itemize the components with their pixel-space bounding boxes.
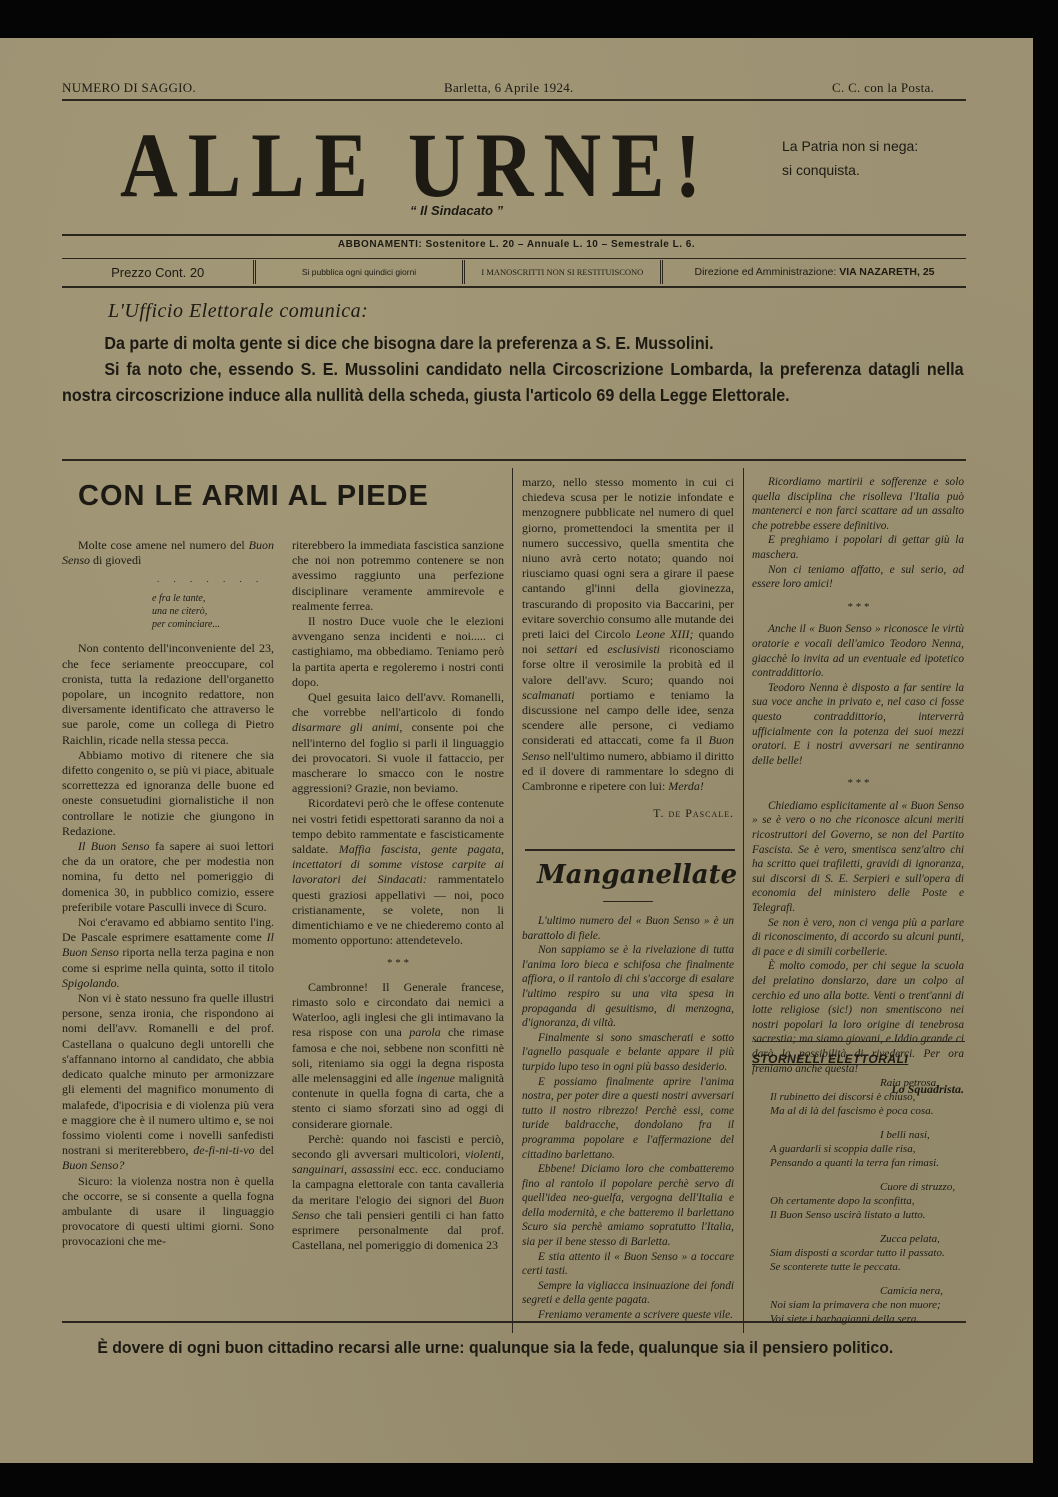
- paragraph: Cambronne! Il Generale francese, rimasto…: [292, 980, 504, 1132]
- verse-line: Zucca pelata,: [770, 1232, 945, 1246]
- column-divider: [743, 468, 744, 1333]
- ellipsis-dots: . . . . . . .: [157, 576, 274, 582]
- address-block: Direzione ed Amministrazione: VIA NAZARE…: [663, 260, 966, 284]
- text-italic: scalmanati: [522, 688, 575, 702]
- paragraph: Sempre la vigliacca insinuazione dei fon…: [522, 1279, 734, 1308]
- paragraph: Abbiamo motivo di ritenere che sia difet…: [62, 748, 274, 839]
- verse-line: Noi siam la primavera che non muore;: [770, 1298, 943, 1312]
- info-bar: Prezzo Cont. 20 Si pubblica ogni quindic…: [62, 260, 966, 284]
- manuscripts-label: I MANOSCRITTI NON SI RESTITUISCONO: [465, 260, 663, 284]
- text: ed: [577, 642, 607, 656]
- paragraph: Ricordatevi però che le offese contenute…: [292, 796, 504, 948]
- text: di giovedì: [90, 553, 141, 567]
- text-italic: Spigolando.: [62, 976, 120, 990]
- paragraph: Non contento dell'inconveniente del 23, …: [62, 641, 274, 747]
- edition-label: NUMERO DI SAGGIO.: [62, 80, 196, 96]
- text-italic: Buon Senso?: [62, 1158, 124, 1172]
- paragraph: Non sappiamo se è la rivelazione di tutt…: [522, 943, 734, 1031]
- text: marzo, nello stesso momento in cui ci ch…: [522, 475, 734, 641]
- text-italic: Leone XIII;: [636, 627, 694, 641]
- text: che tali pensieri gentili ci han fatto e…: [292, 1208, 504, 1252]
- text: Quel gesuita laico dell'avv. Romanelli, …: [292, 690, 504, 719]
- text-italic: settari: [547, 642, 578, 656]
- paragraph: Non vi è stato nessuno fra quelle illust…: [62, 991, 274, 1173]
- motto-line-2: si conquista.: [782, 158, 918, 182]
- text: vile.: [714, 1309, 733, 1321]
- column-divider: [512, 468, 513, 1333]
- author-signature: T. de Pascale.: [522, 806, 734, 821]
- section-break-asterisks: * * *: [752, 600, 964, 615]
- text-italic: disarmare gli animi,: [292, 720, 402, 734]
- paragraph: Quel gesuita laico dell'avv. Romanelli, …: [292, 690, 504, 796]
- stornello-stanza: Zucca pelata, Siam disposti a scordar tu…: [770, 1232, 945, 1274]
- text: del: [255, 1143, 274, 1157]
- text: Non vi è stato nessuno fra quelle illust…: [62, 991, 274, 1157]
- stornello-stanza: Cuore di struzzo, Oh certamente dopo la …: [770, 1180, 955, 1222]
- text-italic: esclusivisti: [607, 642, 660, 656]
- paragraph: riterebbero la immediata fascistica sanz…: [292, 538, 504, 614]
- paragraph: Finalmente si sono smascherati e sotto l…: [522, 1031, 734, 1075]
- notice-paragraph: Si fa noto che, essendo S. E. Mussolini …: [62, 356, 964, 408]
- paragraph: Chiediamo esplicitamente al « Buon Senso…: [752, 799, 964, 916]
- divider: [62, 1321, 966, 1323]
- text-italic: Il Buon Senso: [78, 839, 150, 853]
- verse-line: Siam disposti a scordar tutto il passato…: [770, 1246, 945, 1260]
- divider: [62, 258, 966, 259]
- manganellate-column-2: Ricordiamo martirii e sofferenze e solo …: [752, 475, 964, 1097]
- section-break-asterisks: * * *: [292, 956, 504, 971]
- text: Freniamo veramente a scrivere queste: [538, 1309, 714, 1321]
- verse-line: Se sconterete tutte le peccata.: [770, 1260, 945, 1274]
- article-column-3: marzo, nello stesso momento in cui ci ch…: [522, 475, 734, 821]
- divider: [62, 459, 966, 461]
- masthead-subtitle: “ Il Sindacato ”: [410, 203, 503, 218]
- dateline: Barletta, 6 Aprile 1924.: [444, 80, 574, 96]
- divider: [62, 286, 966, 288]
- manganellate-column-1: L'ultimo numero del « Buon Senso » è un …: [522, 914, 734, 1323]
- address-value: VIA NAZARETH, 25: [839, 266, 934, 278]
- paragraph: E possiamo finalmente aprire l'anima nos…: [522, 1075, 734, 1163]
- notice-heading: L'Ufficio Elettorale comunica:: [108, 300, 368, 323]
- stornelli-title: STORNELLI ELETTORALI: [752, 1052, 908, 1066]
- stornello-stanza: Raia petrosa, Il rubinetto dei discorsi …: [770, 1076, 939, 1118]
- newspaper-page: NUMERO DI SAGGIO. Barletta, 6 Aprile 192…: [0, 38, 1033, 1463]
- verse-line: per cominciare...: [152, 618, 274, 631]
- verse-line: e fra le tante,: [152, 592, 274, 605]
- text-italic: de-fi-ni-ti-vo: [193, 1143, 254, 1157]
- paragraph: Perchè: quando noi fascisti e perciò, se…: [292, 1132, 504, 1254]
- text-italic: parola: [409, 1025, 441, 1039]
- verse-line: Cuore di struzzo,: [770, 1180, 955, 1194]
- verse-line: Ma al di là del fascismo è poca cosa.: [770, 1104, 939, 1118]
- subscriptions-line: ABBONAMENTI: Sostenitore L. 20 – Annuale…: [0, 239, 1033, 250]
- verse-line: Pensando a quanti la terra fan rimasi.: [770, 1156, 939, 1170]
- verse-line: Voi siete i barbagianni della sera.: [770, 1312, 943, 1326]
- paragraph: Se non è vero, non ci venga più a parlar…: [752, 916, 964, 960]
- paragraph: E stia attento il « Buon Senso » a tocca…: [522, 1250, 734, 1279]
- verse-line: Il rubinetto dei discorsi è chiuso,: [770, 1090, 939, 1104]
- divider: [62, 99, 966, 101]
- verse-line: Il Buon Senso uscirà listato a lutto.: [770, 1208, 955, 1222]
- verse-line: I belli nasi,: [770, 1128, 939, 1142]
- paragraph: Il Buon Senso fa sapere ai suoi lettori …: [62, 839, 274, 915]
- paragraph: Il nostro Duce vuole che le elezioni avv…: [292, 614, 504, 690]
- paragraph: E preghiamo i popolari di gettar giù la …: [752, 533, 964, 562]
- paragraph: Sicuro: la violenza nostra non è quella …: [62, 1174, 274, 1250]
- text: Noi c'eravamo ed abbiamo sentito l'ing. …: [62, 915, 274, 944]
- verse-line: A guardarli si scoppia dalle risa,: [770, 1142, 939, 1156]
- verse-line: Raia petrosa,: [770, 1076, 939, 1090]
- notice-body: Da parte di molta gente si dice che biso…: [62, 330, 964, 408]
- article-column-1: Molte cose amene nel numero del Buon Sen…: [62, 538, 274, 1250]
- footer-appeal: È dovere di ogni buon cittadino recarsi …: [62, 1335, 964, 1361]
- address-label: Direzione ed Amministrazione:: [694, 266, 836, 278]
- motto: La Patria non si nega: si conquista.: [782, 134, 918, 182]
- frequency-label: Si pubblica ogni quindici giorni: [256, 260, 464, 284]
- section-break-asterisks: * * *: [752, 776, 964, 791]
- postal-label: C. C. con la Posta.: [832, 80, 934, 96]
- article-title: CON LE ARMI AL PIEDE: [78, 480, 429, 513]
- divider: [603, 901, 653, 902]
- text-italic: ingenue: [417, 1071, 455, 1085]
- footer-text: È dovere di ogni buon cittadino recarsi …: [62, 1335, 964, 1361]
- verse-line: Oh certamente dopo la sconfitta,: [770, 1194, 955, 1208]
- paragraph: Ebbene! Diciamo loro che combatteremo fi…: [522, 1162, 734, 1250]
- divider: [62, 234, 966, 236]
- paragraph: Non ci teniamo affatto, e sul serio, ad …: [752, 563, 964, 592]
- stornello-stanza: I belli nasi, A guardarli si scoppia dal…: [770, 1128, 939, 1170]
- notice-paragraph: Da parte di molta gente si dice che biso…: [62, 330, 964, 356]
- paragraph: Anche il « Buon Senso » riconosce le vir…: [752, 622, 964, 680]
- masthead-title: ALLE URNE!: [120, 120, 711, 212]
- price-label: Prezzo Cont. 20: [62, 260, 256, 284]
- divider: [525, 849, 735, 851]
- paragraph: L'ultimo numero del « Buon Senso » è un …: [522, 914, 734, 943]
- verse-line: Camicia nera,: [770, 1284, 943, 1298]
- paragraph: Ricordiamo martirii e sofferenze e solo …: [752, 475, 964, 533]
- article-title: Manganellate: [537, 860, 737, 890]
- paragraph: Noi c'eravamo ed abbiamo sentito l'ing. …: [62, 915, 274, 991]
- stornello-stanza: Camicia nera, Noi siam la primavera che …: [770, 1284, 943, 1326]
- article-column-2: riterebbero la immediata fascistica sanz…: [292, 538, 504, 1253]
- paragraph: Teodoro Nenna è disposto a far sentire l…: [752, 681, 964, 769]
- divider: [755, 1041, 965, 1042]
- text: Molte cose amene nel numero del: [78, 538, 245, 552]
- verse-line: una ne citerò,: [152, 605, 274, 618]
- motto-line-1: La Patria non si nega:: [782, 134, 918, 158]
- verse: e fra le tante, una ne citerò, per comin…: [152, 592, 274, 631]
- paragraph: marzo, nello stesso momento in cui ci ch…: [522, 475, 734, 794]
- text-italic: Merda!: [668, 779, 704, 793]
